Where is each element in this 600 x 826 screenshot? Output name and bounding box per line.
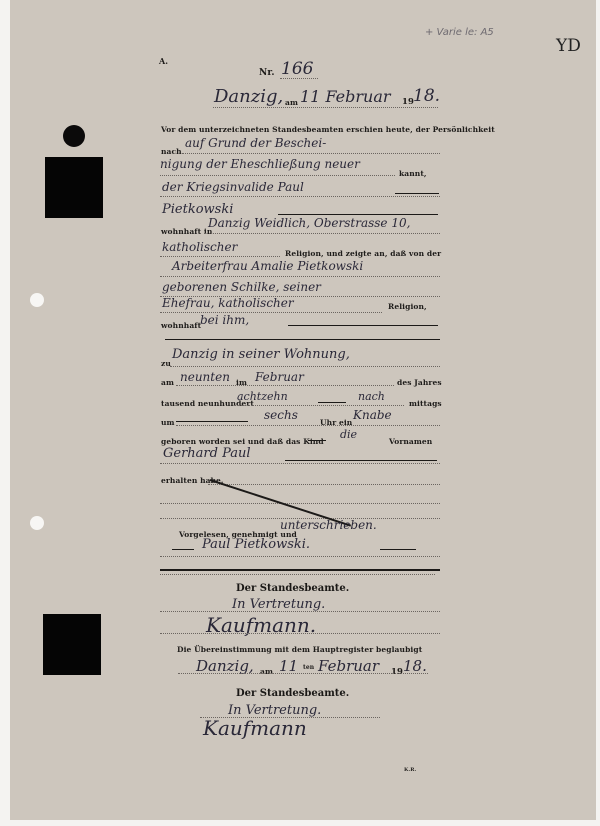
intro-text: Vor dem unterzeichneten Standesbeamten e… [161,125,495,134]
year-suffix: 18. [413,86,440,106]
informant-signature: Paul Pietkowski. [202,537,310,552]
binder-hole-lower [30,516,44,530]
fill-dash [308,440,326,441]
field-line [176,385,394,386]
identity-handwritten-2: nigung der Eheschließung neuer [160,157,360,171]
pencil-note: + Varie le: A5 [425,27,494,38]
certification-text: Die Übereinstimmung mit dem Hauptregiste… [177,645,422,654]
religion-text: Religion, und zeigte an, daß von der [285,249,441,258]
registrar-title-1: Der Standesbeamte. [236,583,349,594]
article-handwritten: die [340,428,357,441]
person-handwritten-1: der Kriegsinvalide Paul [162,180,304,194]
field-line [160,611,440,612]
names-handwritten: Gerhard Paul [163,446,251,461]
printer-mark: K.R. [404,767,416,773]
kannt-label: kannt, [399,169,427,178]
wohnhaft-label-2: wohnhaft [161,321,201,330]
des-jahres-label: des Jahres [397,378,442,387]
fill-dash [318,402,346,403]
am-label-2: am [161,378,174,387]
field-line [160,633,440,634]
fill-dash [285,460,437,461]
punch-mark [63,125,85,147]
identity-handwritten-1: auf Grund der Beschei- [185,136,326,150]
field-line [160,276,440,277]
residence-handwritten-2: bei ihm, [200,313,249,327]
birth-year-handwritten: achtzehn [237,390,288,403]
field-line [234,405,404,406]
field-line [160,196,440,197]
registrar-title-2: Der Standesbeamte. [236,688,349,699]
fill-dash [172,549,194,550]
field-line [205,233,440,234]
wohnhaft-label: wohnhaft in [161,227,212,236]
field-line [208,484,440,485]
date-underline [213,107,438,108]
person-handwritten-2: Pietkowski [162,202,233,217]
cert-year-prefix: 19 [391,667,403,677]
mother-handwritten-1: Arbeiterfrau Amalie Pietkowski [172,259,363,273]
section-divider [160,569,440,571]
mother-handwritten-3: Ehefrau, katholischer [162,296,294,310]
field-line [182,153,440,154]
time-handwritten: nach [358,390,385,403]
um-label: um [161,418,175,427]
birth-month-handwritten: Februar [255,370,304,384]
fill-dash [395,193,439,194]
redaction-block-upper [45,157,103,218]
geboren-text: geboren worden sei und daß das Kind [161,437,324,446]
religion-label-2: Religion, [388,302,427,311]
field-line [160,574,435,575]
fill-line [165,339,440,340]
residence-handwritten: Danzig Weidlich, Oberstrasse 10, [208,216,410,230]
cert-am-label: am [260,667,273,676]
am-label: am [285,98,298,107]
field-line [160,175,395,176]
fill-dash [278,214,438,215]
binder-hole-upper [30,293,44,307]
field-line [160,312,382,313]
redaction-block-lower [43,614,101,675]
field-line [176,425,440,426]
nach-label: nach [161,147,182,156]
field-line [178,673,428,674]
field-line [170,366,440,367]
signed-handwritten: unterschrieben. [280,518,377,532]
cert-den-label: ten [303,664,314,671]
sex-handwritten: Knabe [353,408,392,422]
religion-handwritten-1: katholischer [162,240,237,254]
field-line [160,556,440,557]
number-value: 166 [281,59,313,79]
vornamen-label: Vornamen [389,437,432,446]
field-line [160,463,440,464]
registrar-signature-2: Kaufmann [203,716,307,740]
birth-place-handwritten: Danzig in seiner Wohnung, [172,347,350,362]
deputy-note-1: In Vertretung. [232,597,325,612]
birth-day-handwritten: neunten [180,370,230,384]
field-line [160,503,440,504]
form-letter: A. [159,56,168,66]
mother-handwritten-2: geborenen Schilke, seiner [162,280,321,294]
mittags-label: mittags [409,399,442,408]
hour-handwritten: sechs [264,408,298,422]
number-label: Nr. [259,68,275,78]
corner-mark: YD [556,36,581,56]
number-underline [280,78,318,79]
fill-dash [288,325,438,326]
date-handwritten: 11 Februar [300,87,391,106]
place-handwritten: Danzig, [214,86,283,107]
fill-dash [380,549,416,550]
field-line [160,256,280,257]
fill-dash [176,421,248,422]
